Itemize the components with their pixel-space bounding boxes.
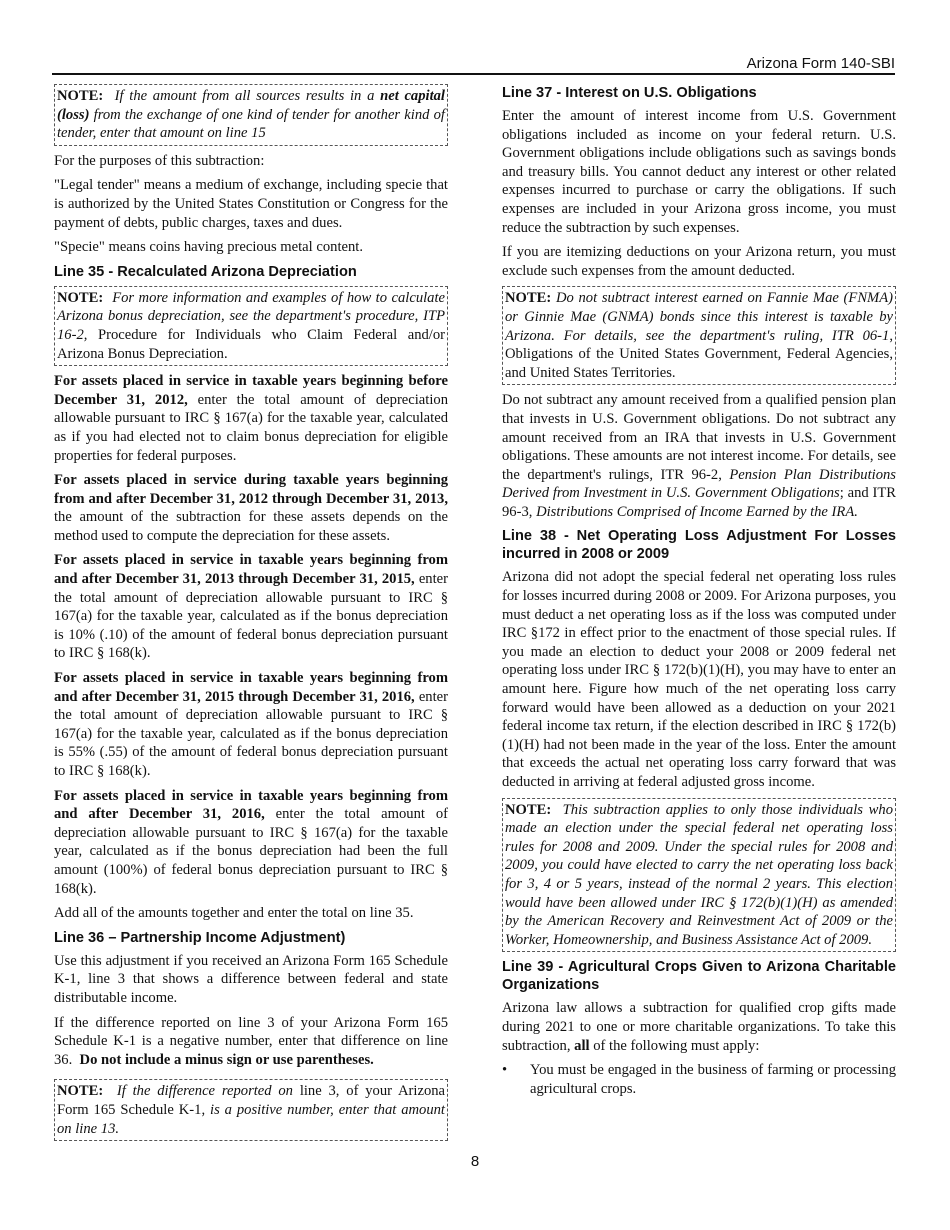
heading-line-35: Line 35 - Recalculated Arizona Depreciat… bbox=[54, 263, 448, 281]
paragraph-legal-tender: "Legal tender" means a medium of exchang… bbox=[54, 176, 448, 232]
right-column: Line 37 - Interest on U.S. Obligations E… bbox=[502, 84, 896, 1098]
paragraph-line36-use: Use this adjustment if you received an A… bbox=[54, 952, 448, 1008]
paragraph-line37-interest: Enter the amount of interest income from… bbox=[502, 107, 896, 237]
paragraph-line36-negative: If the difference reported on line 3 of … bbox=[54, 1014, 448, 1070]
note-capital-loss: NOTE: If the amount from all sources res… bbox=[54, 84, 448, 146]
heading-line-38: Line 38 - Net Operating Loss Adjustment … bbox=[502, 527, 896, 563]
paragraph-line39-intro: Arizona law allows a subtraction for qua… bbox=[502, 999, 896, 1055]
heading-line-39: Line 39 - Agricultural Crops Given to Ar… bbox=[502, 958, 896, 994]
paragraph-depr-2013-2015: For assets placed in service in taxable … bbox=[54, 551, 448, 663]
note-label: NOTE: bbox=[57, 88, 103, 104]
note-bonus-depreciation: NOTE: For more information and examples … bbox=[54, 286, 448, 366]
page-number: 8 bbox=[0, 1153, 950, 1170]
note-fnma-gnma: NOTE: Do not subtract interest earned on… bbox=[502, 286, 896, 385]
paragraph-purposes: For the purposes of this subtraction: bbox=[54, 152, 448, 171]
paragraph-depr-after-2016: For assets placed in service in taxable … bbox=[54, 787, 448, 899]
bullet-item: • You must be engaged in the business of… bbox=[502, 1061, 896, 1098]
note-nol-election: NOTE: This subtraction applies to only t… bbox=[502, 798, 896, 953]
paragraph-specie: "Specie" means coins having precious met… bbox=[54, 238, 448, 257]
heading-line-36: Line 36 – Partnership Income Adjustment) bbox=[54, 929, 448, 947]
paragraph-depr-2015-2016: For assets placed in service in taxable … bbox=[54, 669, 448, 781]
paragraph-line37-pension: Do not subtract any amount received from… bbox=[502, 391, 896, 521]
bullet-icon: • bbox=[502, 1061, 530, 1098]
note-positive-number: NOTE: If the difference reported on line… bbox=[54, 1079, 448, 1141]
header-rule bbox=[52, 73, 895, 75]
paragraph-depr-before-2012: For assets placed in service in taxable … bbox=[54, 372, 448, 465]
page-header-title: Arizona Form 140-SBI bbox=[747, 55, 895, 72]
paragraph-depr-2012-2013: For assets placed in service during taxa… bbox=[54, 471, 448, 545]
heading-line-37: Line 37 - Interest on U.S. Obligations bbox=[502, 84, 896, 102]
paragraph-line35-total: Add all of the amounts together and ente… bbox=[54, 904, 448, 923]
paragraph-line38-nol: Arizona did not adopt the special federa… bbox=[502, 568, 896, 791]
paragraph-line37-itemizing: If you are itemizing deductions on your … bbox=[502, 243, 896, 280]
left-column: NOTE: If the amount from all sources res… bbox=[54, 84, 448, 1147]
